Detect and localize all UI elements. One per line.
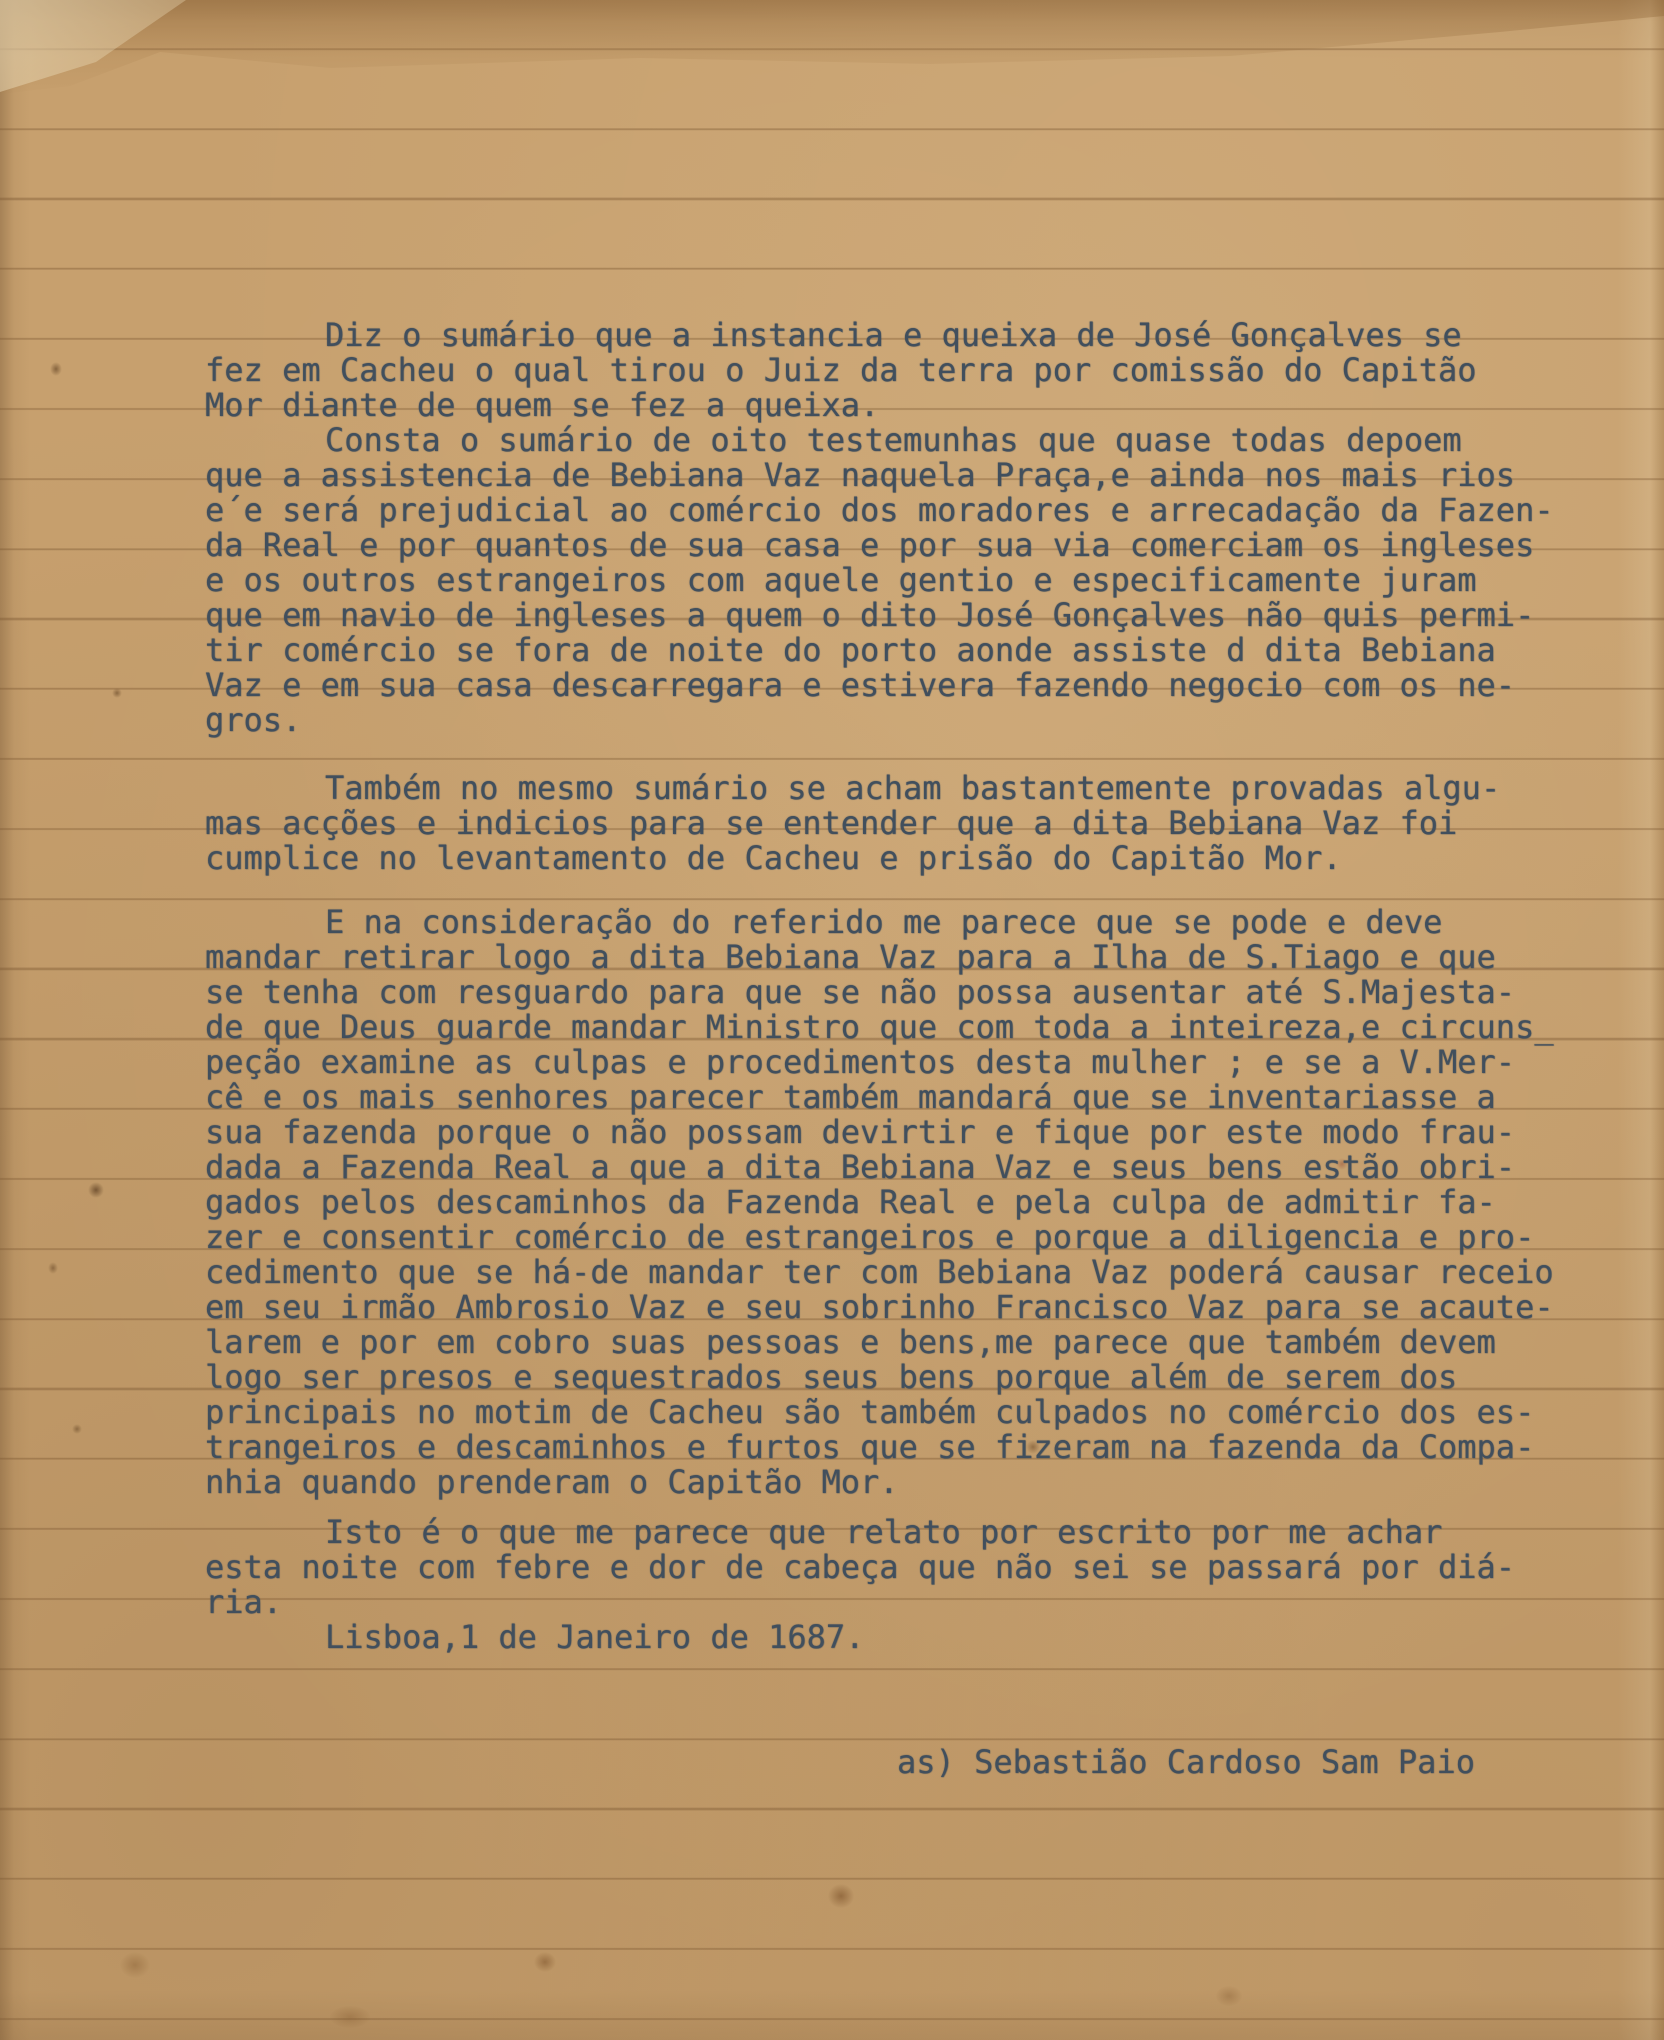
text-line: Consta o sumário de oito testemunhas que… (205, 423, 1605, 458)
paragraph: Isto é o que me parece que relato por es… (205, 1515, 1605, 1620)
paragraph: E na consideração do referido me parece … (205, 905, 1605, 1500)
stain (48, 1262, 58, 1274)
text-line: de que Deus guarde mandar Ministro que c… (205, 1010, 1605, 1045)
text-line: larem e por em cobro suas pessoas e bens… (205, 1325, 1605, 1360)
text-line: logo ser presos e sequestrados seus bens… (205, 1360, 1605, 1395)
stain (120, 1952, 150, 1978)
text-line: Isto é o que me parece que relato por es… (205, 1515, 1605, 1550)
date-line: Lisboa,1 de Janeiro de 1687. (205, 1620, 1605, 1655)
text-line: E na consideração do referido me parece … (205, 905, 1605, 940)
letter-body: Diz o sumário que a instancia e queixa d… (205, 318, 1605, 1655)
paragraph: Consta o sumário de oito testemunhas que… (205, 423, 1605, 738)
text-line: zer e consentir comércio de estrangeiros… (205, 1220, 1605, 1255)
torn-paper-edge (0, 0, 1664, 100)
text-line: Também no mesmo sumário se acham bastant… (205, 771, 1605, 806)
text-line: esta noite com febre e dor de cabeça que… (205, 1550, 1605, 1585)
text-line: cê e os mais senhores parecer também man… (205, 1080, 1605, 1115)
stain (88, 1182, 104, 1198)
document-page: Diz o sumário que a instancia e queixa d… (0, 0, 1664, 2040)
text-line: em seu irmão Ambrosio Vaz e seu sobrinho… (205, 1290, 1605, 1325)
text-line: Mor diante de quem se fez a queixa. (205, 388, 1605, 423)
text-line: e´e será prejudicial ao comércio dos mor… (205, 493, 1605, 528)
text-line: fez em Cacheu o qual tirou o Juiz da ter… (205, 353, 1605, 388)
text-line: que em navio de ingleses a quem o dito J… (205, 598, 1605, 633)
text-line: gros. (205, 703, 1605, 738)
text-line: tir comércio se fora de noite do porto a… (205, 633, 1605, 668)
torn-corner-flap (0, 0, 200, 100)
text-line: mas acções e indicios para se entender q… (205, 806, 1605, 841)
text-line: cumplice no levantamento de Cacheu e pri… (205, 841, 1605, 876)
text-line: gados pelos descaminhos da Fazenda Real … (205, 1185, 1605, 1220)
paragraph: Também no mesmo sumário se acham bastant… (205, 771, 1605, 876)
text-line: Diz o sumário que a instancia e queixa d… (205, 318, 1605, 353)
paragraph: Diz o sumário que a instancia e queixa d… (205, 318, 1605, 423)
text-line: principais no motim de Cacheu são também… (205, 1395, 1605, 1430)
signature-line: as) Sebastião Cardoso Sam Paio (897, 1745, 1475, 1780)
text-line: se tenha com resguardo para que se não p… (205, 975, 1605, 1010)
stain (534, 1952, 556, 1972)
text-line: que a assistencia de Bebiana Vaz naquela… (205, 458, 1605, 493)
text-line: da Real e por quantos de sua casa e por … (205, 528, 1605, 563)
stain (112, 688, 122, 698)
text-line: Vaz e em sua casa descarregara e estiver… (205, 668, 1605, 703)
stain (1216, 1986, 1242, 2006)
stain (50, 362, 62, 376)
text-line: mandar retirar logo a dita Bebiana Vaz p… (205, 940, 1605, 975)
stain (330, 2006, 370, 2028)
text-line: ria. (205, 1585, 1605, 1620)
stain (72, 1424, 82, 1434)
text-line: cedimento que se há-de mandar ter com Be… (205, 1255, 1605, 1290)
text-line: dada a Fazenda Real a que a dita Bebiana… (205, 1150, 1605, 1185)
text-line: e os outros estrangeiros com aquele gent… (205, 563, 1605, 598)
text-line: sua fazenda porque o não possam devirtir… (205, 1115, 1605, 1150)
stain (828, 1884, 854, 1908)
text-line: peção examine as culpas e procedimentos … (205, 1045, 1605, 1080)
text-line: nhia quando prenderam o Capitão Mor. (205, 1465, 1605, 1500)
text-line: trangeiros e descaminhos e furtos que se… (205, 1430, 1605, 1465)
